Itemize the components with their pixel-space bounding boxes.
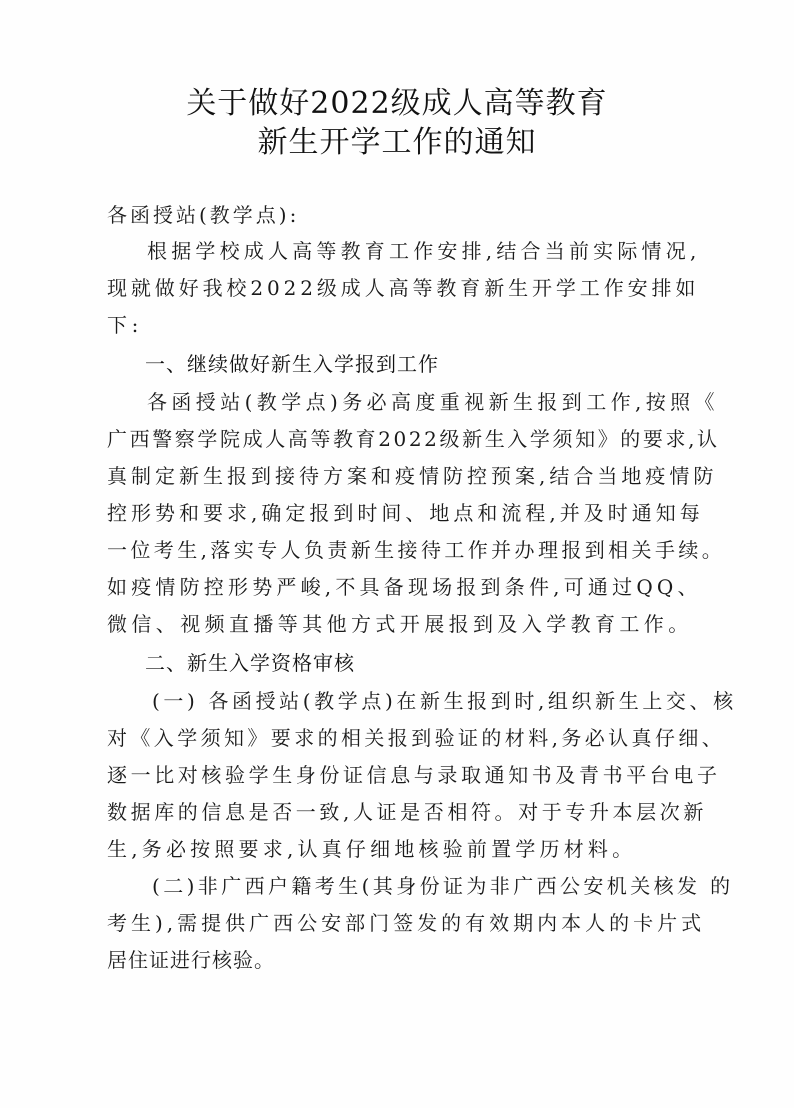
section-1-line-2: 广西警察学院成人高等教育2022级新生入学须知》的要求,认 (107, 427, 720, 451)
document-title-line-1: 关于做好2022级成人高等教育 (0, 78, 794, 122)
section-2-line-1: (一) 各函授站(教学点)在新生报到时,组织新生上交、核 (152, 689, 737, 713)
section-2-line-2: 对《入学须知》要求的相关报到验证的材料,务必认真仔细、 (107, 726, 725, 750)
section-1-heading: 一、继续做好新生入学报到工作 (145, 352, 439, 376)
intro-line-3: 下: (107, 313, 143, 337)
salutation: 各函授站(教学点): (107, 203, 299, 227)
section-1-line-4: 控形势和要求,确定报到时间、地点和流程,并及时通知每 (107, 501, 704, 525)
section-1-line-1: 各函授站(教学点)务必高度重视新生报到工作,按照《 (147, 390, 719, 414)
section-2-line-5: 生,务必按照要求,认真仔细地核验前置学历材料。 (107, 837, 636, 861)
section-1-line-5: 一位考生,落实专人负责新生接待工作并办理报到相关手续。 (107, 538, 725, 562)
section-1-line-7: 微信、视频直播等其他方式开展报到及入学教育工作。 (107, 612, 693, 636)
intro-line-2: 现就做好我校2022级成人高等教育新生开学工作安排如 (107, 276, 699, 300)
intro-line-1: 根据学校成人高等教育工作安排,结合当前实际情况, (147, 239, 701, 263)
section-2-line-8: 居住证进行核验。 (107, 948, 275, 972)
section-1-line-6: 如疫情防控形势严峻,不具备现场报到条件,可通过QQ、 (107, 575, 702, 599)
section-1-line-3: 真制定新生报到接待方案和疫情防控预案,结合当地疫情防 (107, 464, 717, 488)
document-title-line-2: 新生开学工作的通知 (0, 117, 794, 161)
section-2-line-6: (二)非广西户籍考生(其身份证为非广西公安机关核发 的 (152, 874, 734, 898)
section-2-line-4: 数据库的信息是否一致,人证是否相符。对于专升本层次新 (107, 800, 707, 824)
document-page: 关于做好2022级成人高等教育 新生开学工作的通知 各函授站(教学点): 根据学… (0, 0, 794, 1108)
section-2-line-7: 考生),需提供广西公安部门签发的有效期内本人的卡片式 (107, 911, 705, 935)
section-2-heading: 二、新生入学资格审核 (145, 651, 355, 675)
section-2-line-3: 逐一比对核验学生身份证信息与录取通知书及青书平台电子 (107, 763, 721, 787)
